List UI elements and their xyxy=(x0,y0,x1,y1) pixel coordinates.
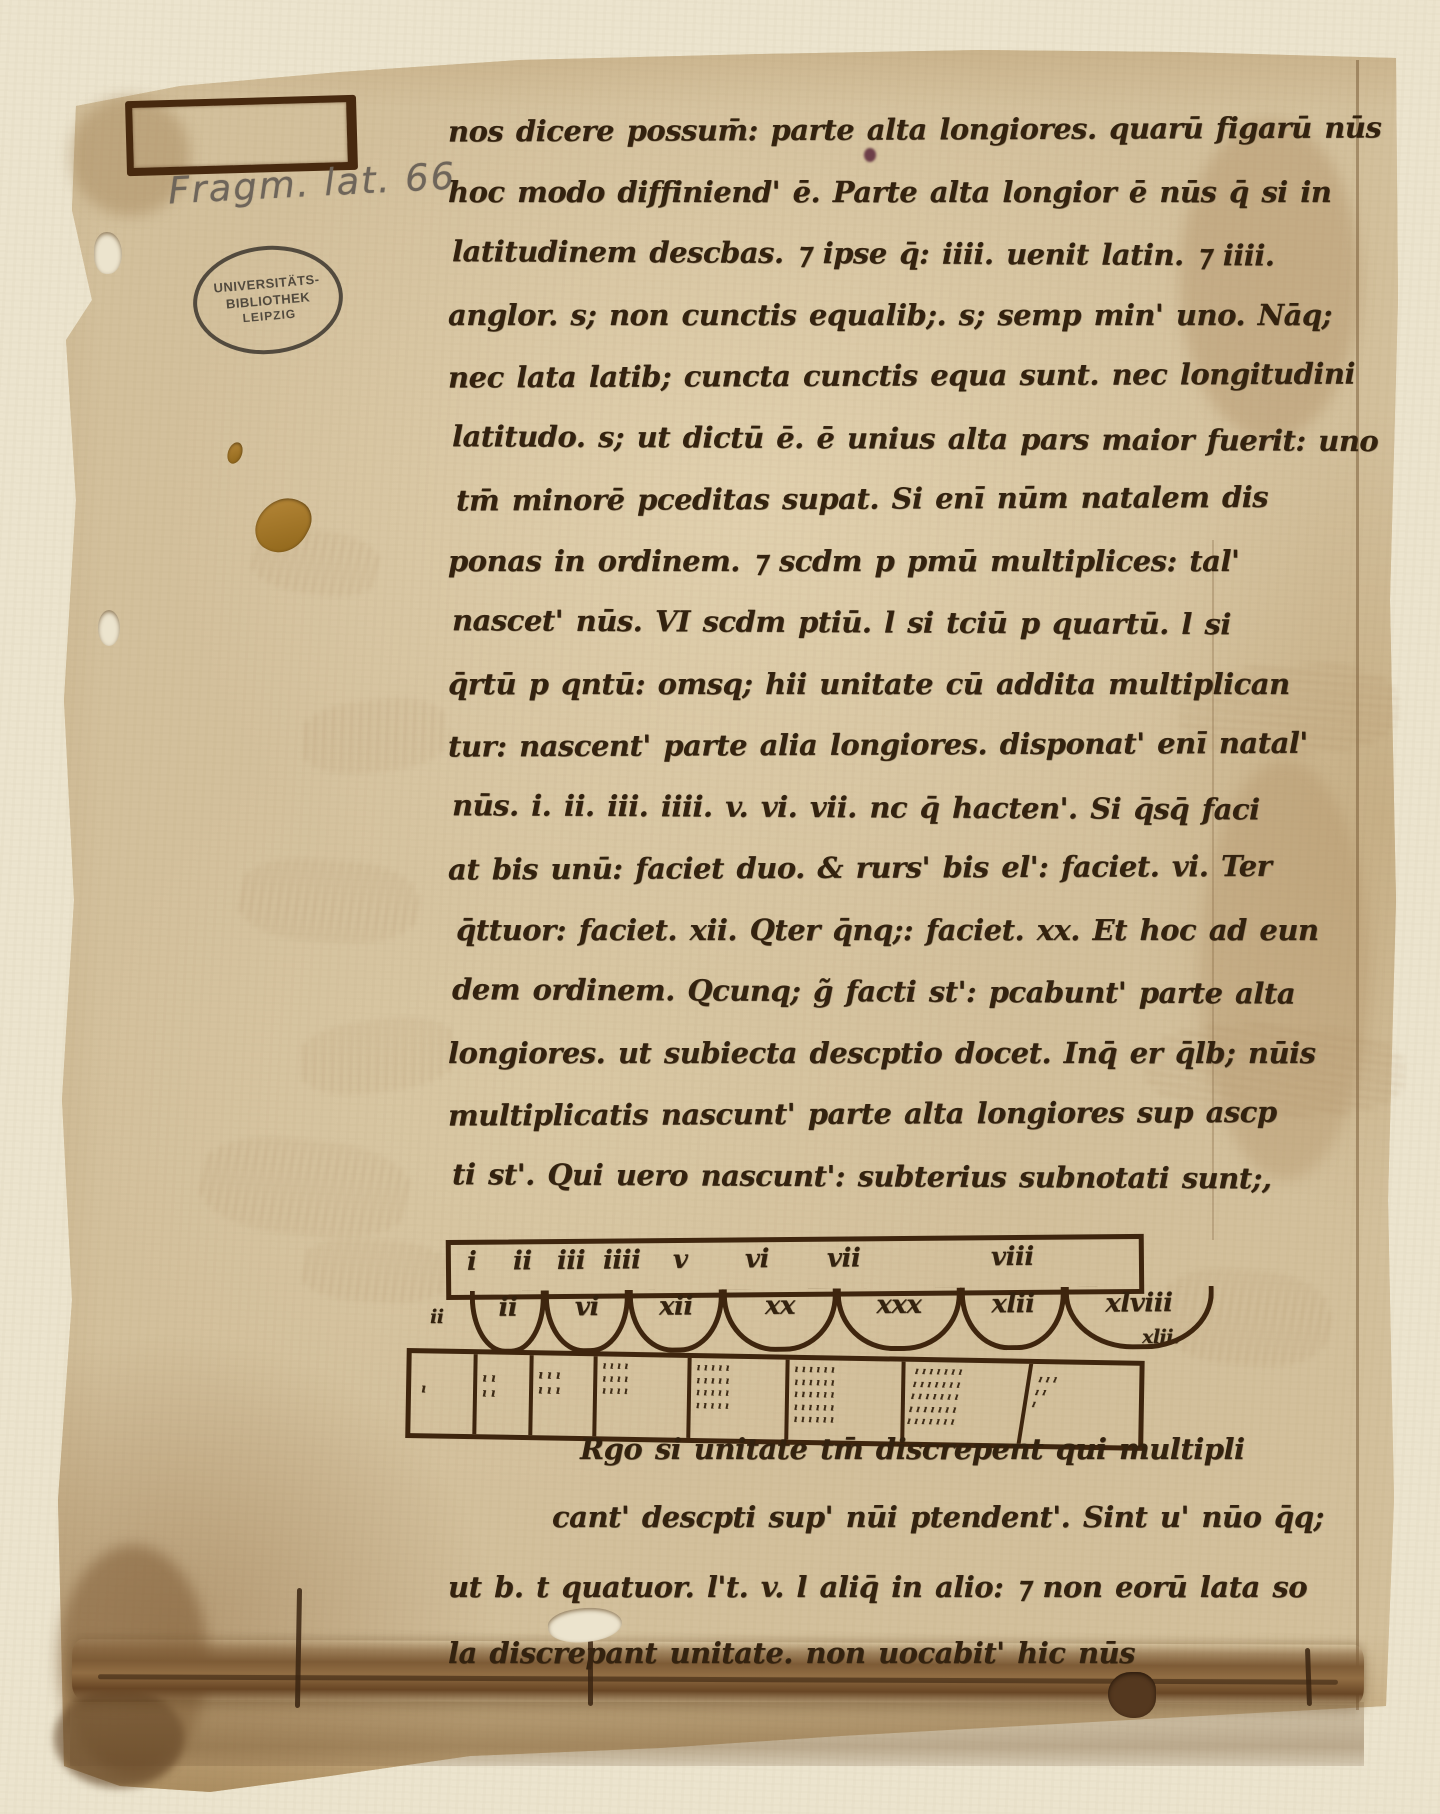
hole xyxy=(98,610,120,646)
manuscript-line: at bis unū: faciet duo. & rurs' bis el':… xyxy=(448,836,1148,901)
diagram-product-arch: xxx xyxy=(836,1288,962,1352)
diagram-header-cell: viii xyxy=(991,1242,1034,1272)
manuscript-line: cant' descpti sup' nūi ptendent'. Sint u… xyxy=(552,1500,1324,1534)
product-value: xx xyxy=(765,1289,795,1347)
slit-cut xyxy=(588,1640,593,1706)
manuscript-line: ponas in ordinem. ⁊ scdm p pmū multiplic… xyxy=(448,531,1148,593)
diagram-header-cell: i xyxy=(467,1247,477,1277)
manuscript-line: ut b. t quatuor. l't. v. l aliq̄ in alio… xyxy=(448,1570,1307,1604)
diagram-header-cell: iiii xyxy=(603,1245,641,1275)
diagram-tally-cell: ı ı ı ı ı ı ı ı ı ı ı ı xyxy=(596,1356,691,1438)
diagram-header-cell: vi xyxy=(745,1244,769,1274)
manuscript-line: nūs. i. ii. iii. iiii. v. vi. vii. nc q̄… xyxy=(448,775,1148,840)
manuscript-line: latitudo. s; ut dictū ē. ē unius alta pa… xyxy=(448,406,1148,471)
manuscript-line: anglor. s; non cunctis equalib;. s; semp… xyxy=(448,285,1148,347)
product-value: xxx xyxy=(876,1288,921,1346)
diagram-tally-cell: ı ı ı ı ı ı xyxy=(532,1355,597,1436)
product-value: ii xyxy=(498,1291,517,1349)
manuscript-line: nos dicere possum̄: parte alta longiores… xyxy=(448,98,1148,163)
manuscript-scan: Fragm. lat. 66 UNIVERSITÄTS- BIBLIOTHEK … xyxy=(0,0,1440,1814)
fold-shading xyxy=(70,1702,1364,1766)
diagram-product-arch: xx xyxy=(722,1288,838,1352)
diagram-product-arch: xlviii xyxy=(1064,1286,1214,1350)
manuscript-line: Rgo si unitate tm̄ discrepent qui multip… xyxy=(580,1432,1245,1466)
diagram-product-row: ii vi xii xx xxx xlii xlviii xyxy=(470,1286,1212,1359)
manuscript-line: dem ordinem. Qcunq; g̃ facti st': pcabun… xyxy=(448,959,1148,1024)
manuscript-line: q̄ttuor: faciet. xii. Qter q̄nq;: faciet… xyxy=(448,900,1148,962)
diagram-header-cell: v xyxy=(673,1245,688,1275)
manuscript-line: la discrepant unitate. non uocabit' hic … xyxy=(448,1636,1135,1670)
diagram-product-arch: ii xyxy=(470,1290,546,1354)
manuscript-line: nascet' nūs. VI scdm ptiū. l si tciū p q… xyxy=(448,590,1148,655)
diagram-header-cell: iii xyxy=(557,1246,585,1276)
fold-crease xyxy=(1212,540,1214,1240)
product-value: xlviii xyxy=(1105,1286,1173,1344)
manuscript-line: tm̄ minorē pceditas supat. Si enī nūm na… xyxy=(448,467,1148,532)
diagram-header-cell: vii xyxy=(827,1243,861,1273)
product-value: vi xyxy=(575,1290,599,1348)
hole xyxy=(1108,1672,1156,1718)
manuscript-line: tur: nascent' parte alia longiores. disp… xyxy=(448,713,1148,778)
diagram-tally-cell: ı ı ı ı xyxy=(476,1354,533,1435)
hole xyxy=(94,232,122,274)
stamp-line: LEIPZIG xyxy=(242,306,297,326)
stain xyxy=(1180,120,1360,440)
diagram-product-arch: xii xyxy=(628,1289,724,1353)
manuscript-line: q̄rtū p qntū: omsq; hii unitate cū addit… xyxy=(448,654,1148,716)
product-value: xlii xyxy=(991,1287,1035,1345)
diagram-tally-cell: ı ı ı ı ı ı ı ı ı ı ı ı ı ı ı ı ı ı ı ı … xyxy=(788,1360,905,1442)
diagram-product-arch: xlii xyxy=(960,1287,1066,1351)
manuscript-line: ti st'. Qui uero nascunt': subterius sub… xyxy=(448,1144,1148,1209)
diagram-product-arch: vi xyxy=(544,1290,630,1354)
diagram-tally-cell: ı xyxy=(410,1353,477,1434)
manuscript-line: latitudinem descbas. ⁊ ipse q̄: iiii. ue… xyxy=(448,221,1148,286)
manuscript-line: longiores. ut subiecta descptio docet. I… xyxy=(448,1023,1148,1085)
diagram-tally-cell: ı ı ı ı ı ı ı ı ı ı ı ı ı ı ı ı ı ı ı ı xyxy=(690,1358,789,1440)
diagram-margin-note-left: ii xyxy=(430,1306,443,1328)
manuscript-line: multiplicatis nascunt' parte alta longio… xyxy=(448,1082,1148,1147)
diagram-header-cell: ii xyxy=(513,1246,532,1276)
text-block: nos dicere possum̄: parte alta longiores… xyxy=(448,100,1148,1207)
product-value: xii xyxy=(659,1289,693,1347)
fold-crease xyxy=(1356,60,1359,1710)
manuscript-line: nec lata latib; cuncta cunctis equa sunt… xyxy=(448,344,1148,409)
manuscript-line: hoc modo diffiniend' ē. Parte alta longi… xyxy=(448,162,1148,224)
